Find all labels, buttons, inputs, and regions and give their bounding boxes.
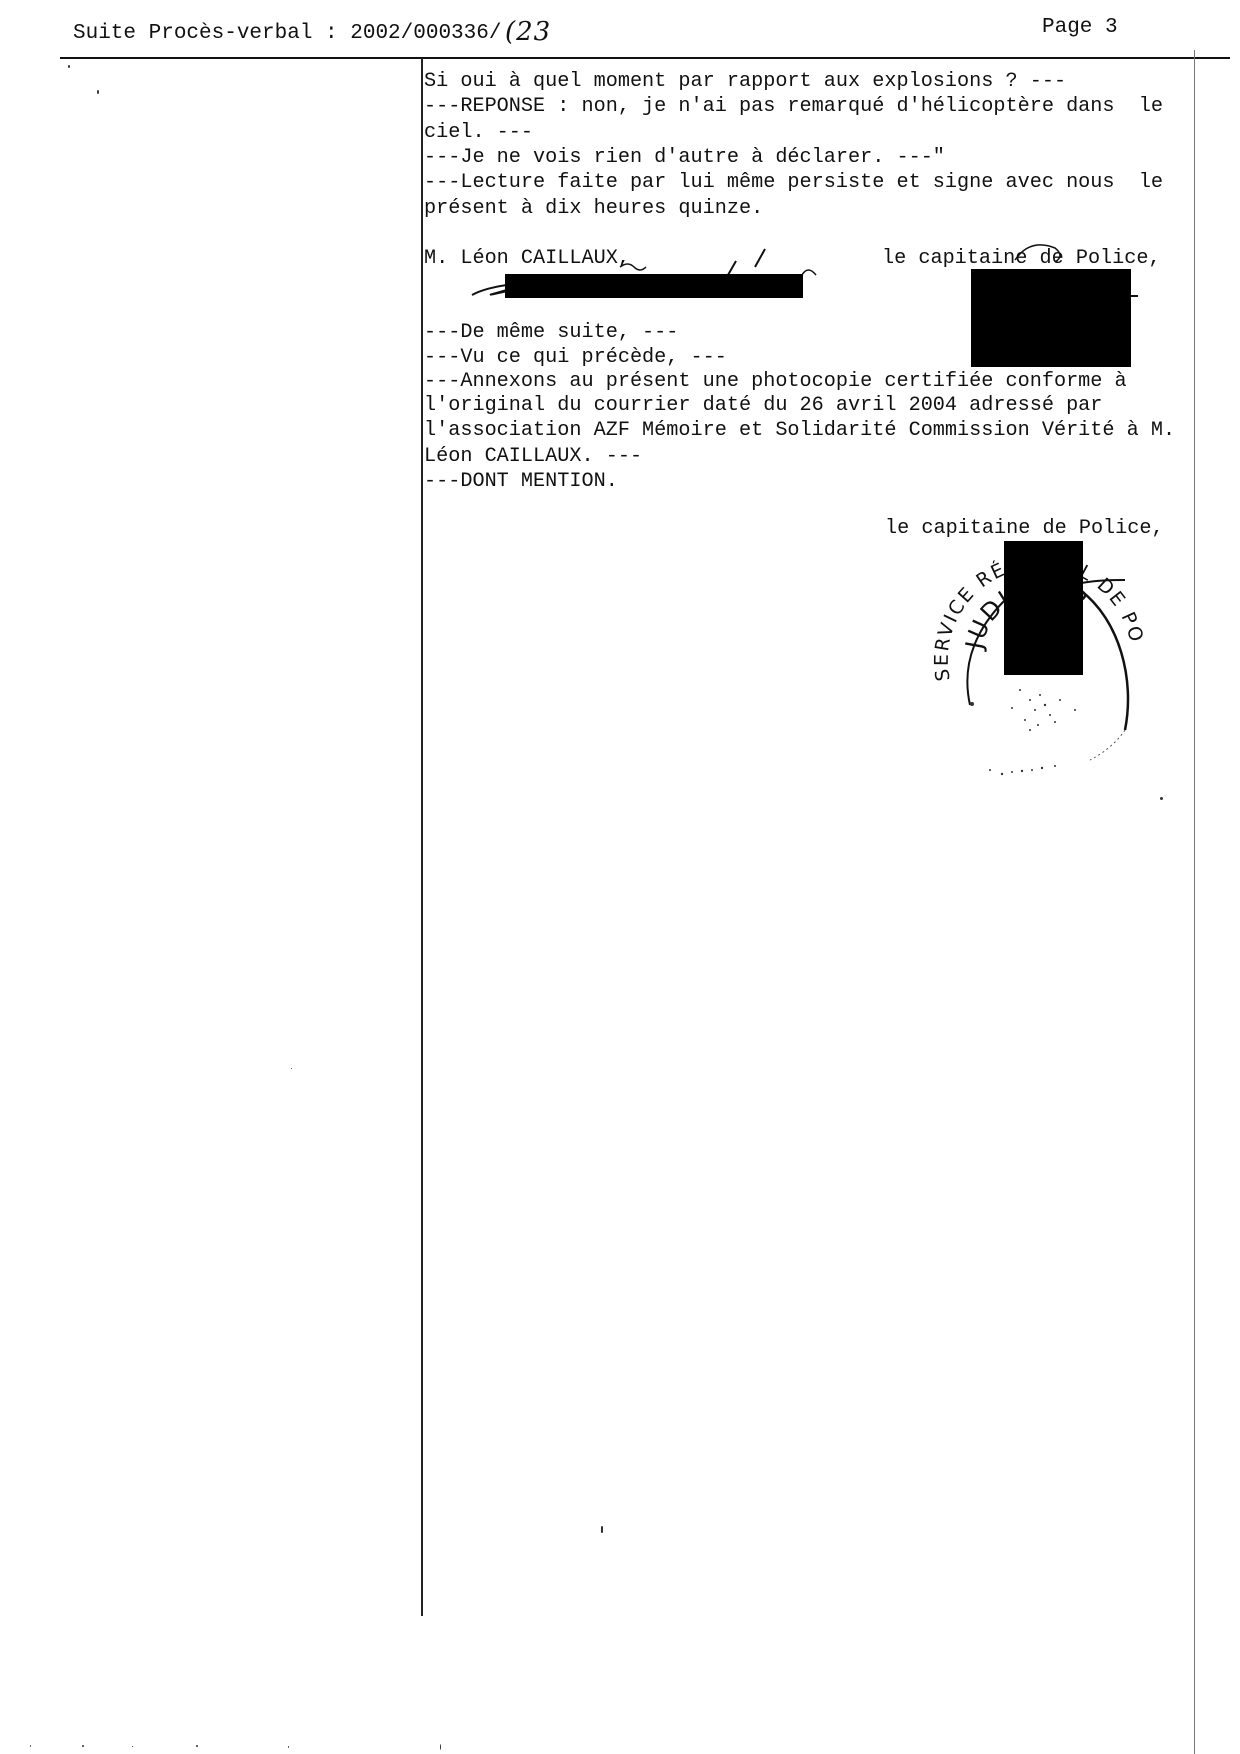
- body-line: ciel. ---: [424, 123, 533, 143]
- redaction-box: [971, 269, 1131, 367]
- redaction-box: [1004, 541, 1083, 675]
- body-line: l'original du courrier daté du 26 avril …: [424, 396, 1102, 416]
- document-header-title: Suite Procès-verbal : 2002/000336/: [73, 23, 501, 44]
- body-line: ---DONT MENTION.: [424, 472, 618, 492]
- body-line: ---Je ne vois rien d'autre à déclarer. -…: [424, 148, 945, 168]
- body-line: ---Annexons au présent une photocopie ce…: [424, 372, 1127, 392]
- right-border-rule: [1194, 50, 1195, 1754]
- scan-speck: [132, 1746, 133, 1747]
- redaction-box: [505, 274, 803, 298]
- body-line: présent à dix heures quinze.: [424, 199, 763, 219]
- margin-rule: [421, 58, 423, 1616]
- body-line: ---Lecture faite par lui même persiste e…: [424, 173, 1163, 193]
- scan-speck: [601, 1526, 603, 1533]
- scan-speck: [97, 90, 99, 94]
- body-line: l'association AZF Mémoire et Solidarité …: [424, 421, 1175, 441]
- body-line: Si oui à quel moment par rapport aux exp…: [424, 72, 1066, 92]
- body-line: ---De même suite, ---: [424, 323, 678, 343]
- body-line: Léon CAILLAUX. ---: [424, 447, 642, 467]
- body-line: ---Vu ce qui précède, ---: [424, 348, 727, 368]
- body-line: ---REPONSE : non, je n'ai pas remarqué d…: [424, 97, 1163, 117]
- scan-speck: [82, 1745, 84, 1747]
- scan-speck: [68, 65, 70, 68]
- scan-speck: [196, 1745, 198, 1747]
- scan-speck: [288, 1746, 289, 1748]
- scan-speck: [291, 1068, 292, 1069]
- handwritten-page-number: (23: [505, 17, 551, 47]
- scan-speck: [30, 1745, 31, 1747]
- scan-speck: [1160, 797, 1163, 800]
- header-rule: [60, 57, 1230, 59]
- page-number: Page 3: [1042, 17, 1118, 38]
- scan-speck: [440, 1744, 441, 1750]
